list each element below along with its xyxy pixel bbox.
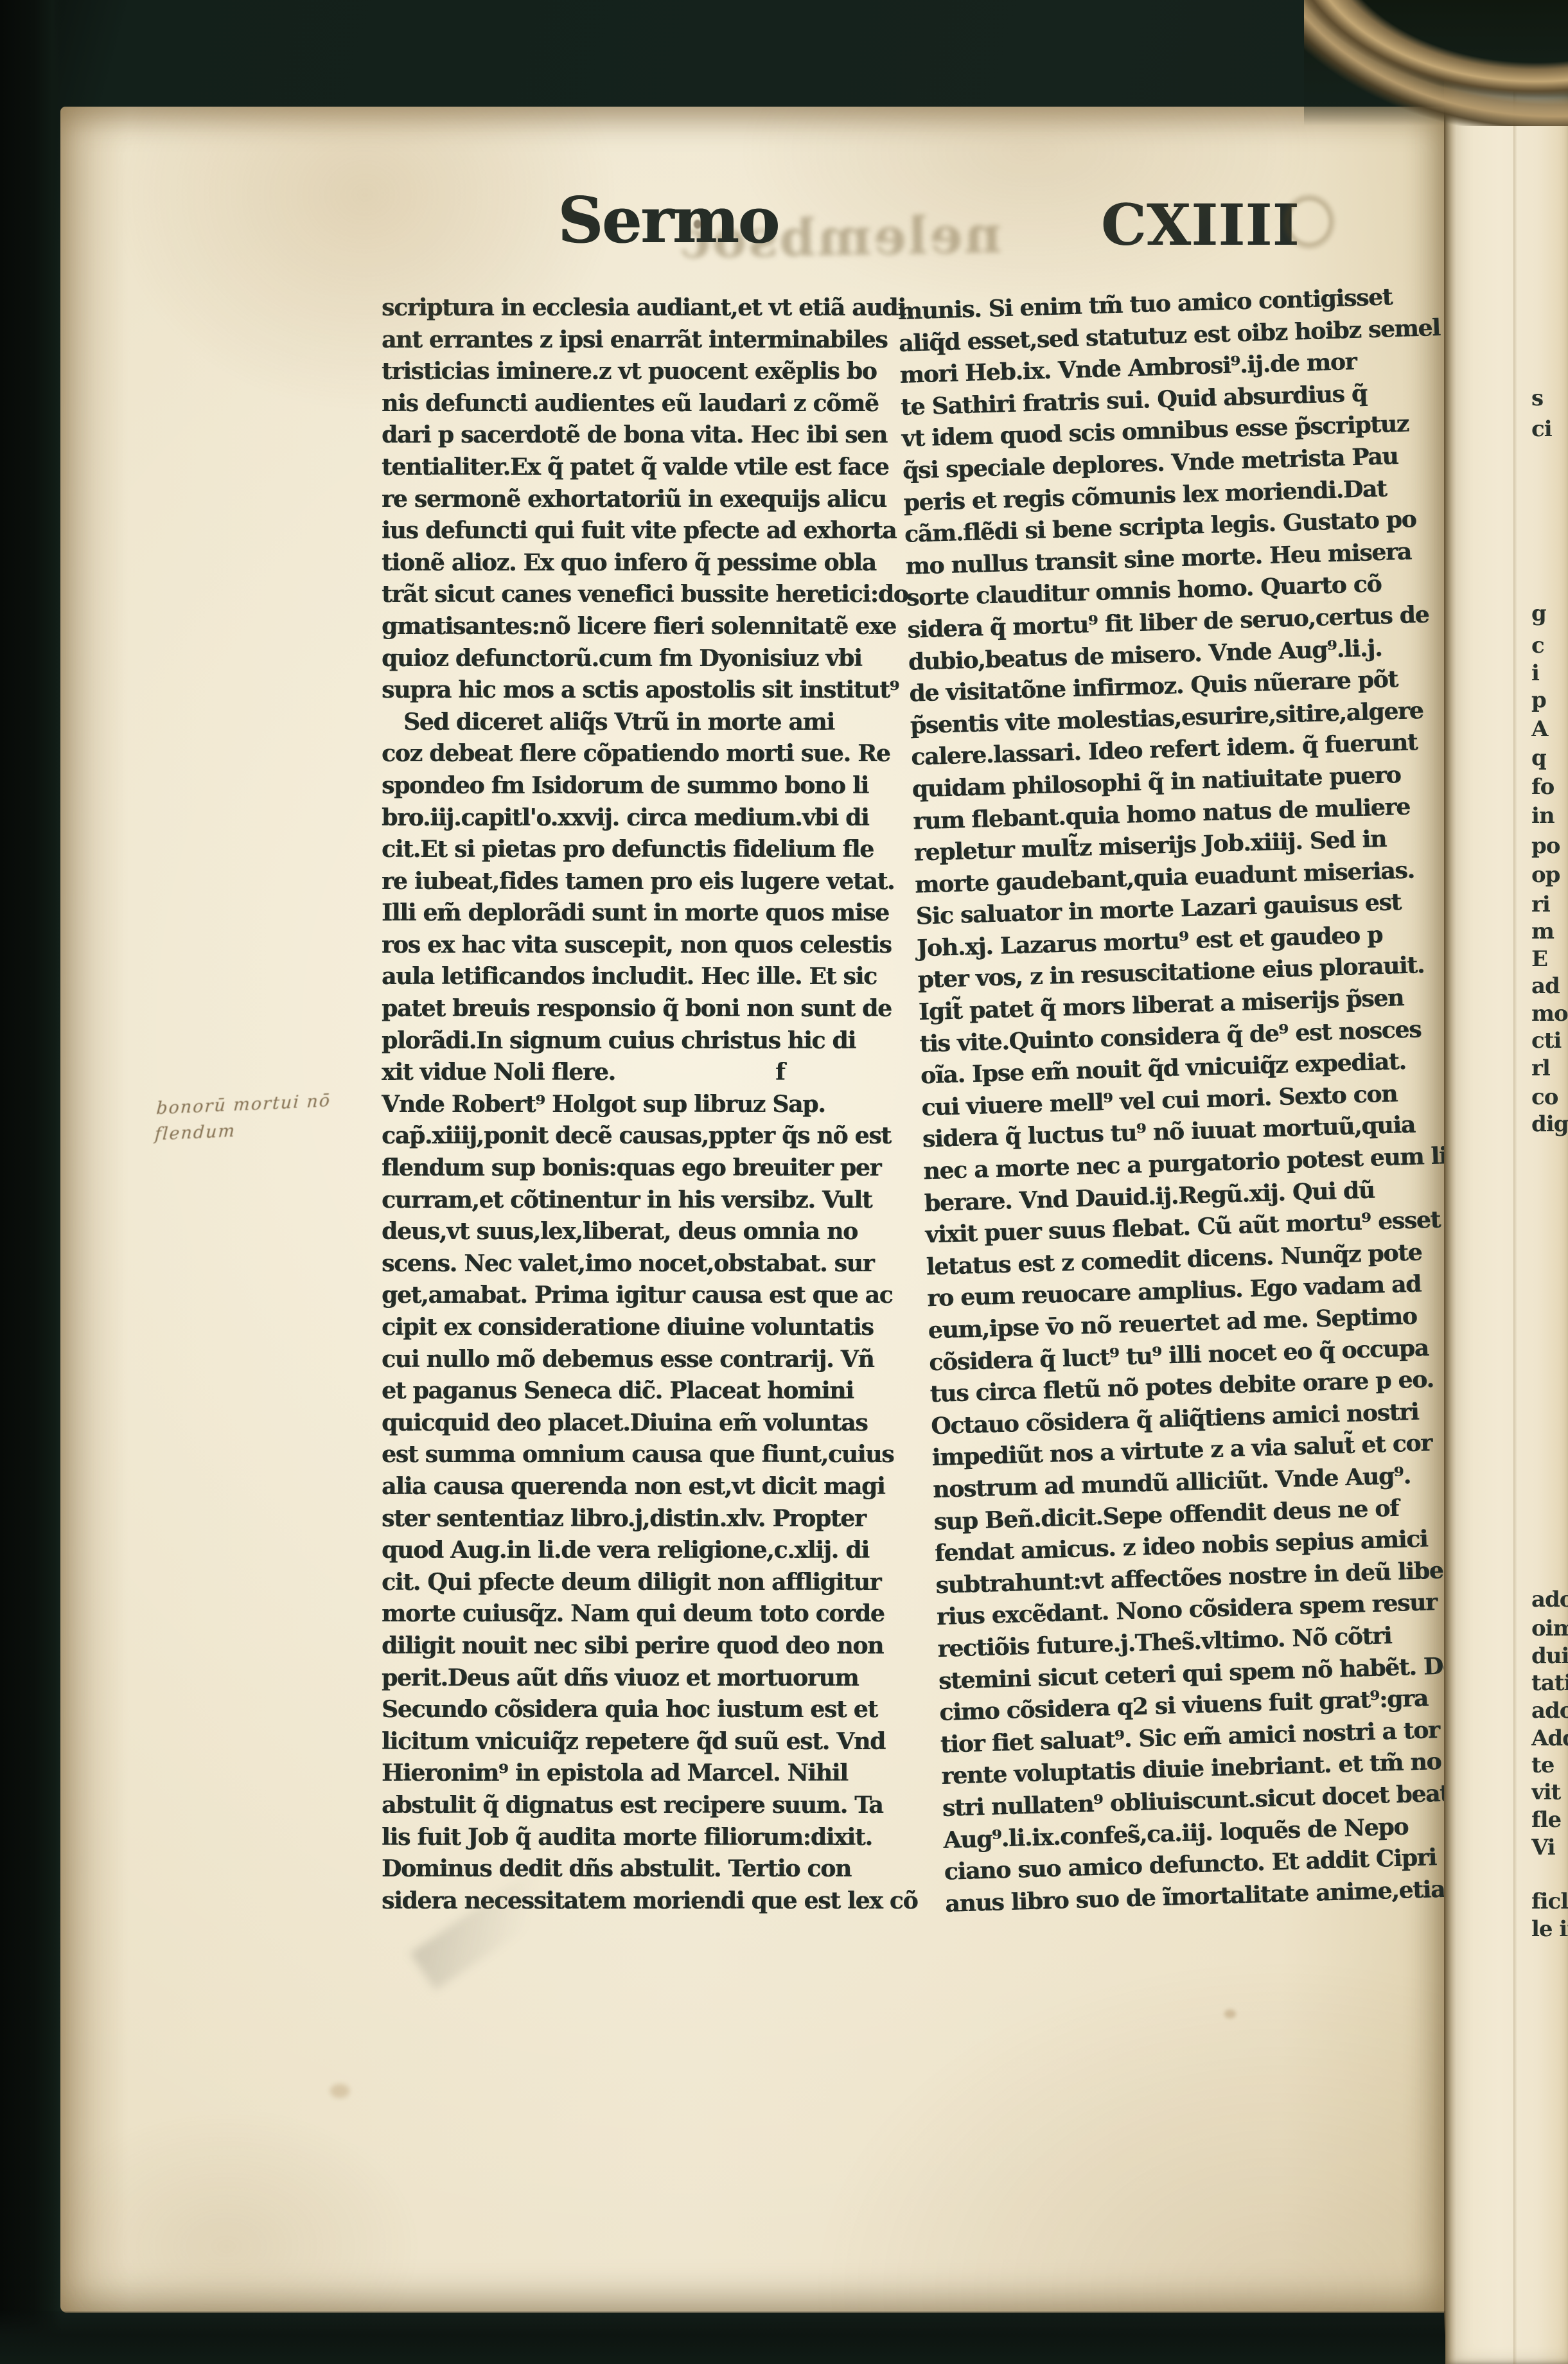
scanner-edge-shadow-bottom xyxy=(0,2311,1445,2364)
text-line: plorãdi.In signum cuius christus hic di xyxy=(382,1025,895,1057)
text-line: dari p sacerdotẽ de bona vita. Hec ibi s… xyxy=(382,419,895,452)
text-line: deus,vt suus,lex,liberat, deus omnia no xyxy=(382,1216,895,1248)
text-line: licitum vnicuiq̃z repetere q̃d suũ est. … xyxy=(382,1726,895,1758)
text-line: est summa omnium causa que fiunt,cuius xyxy=(382,1439,895,1471)
text-line: ros ex hac vita suscepit, non quos celes… xyxy=(382,930,895,962)
text-line: spondeo fm Isidorum de summo bono li xyxy=(382,770,895,802)
text-line: re sermonẽ exhortatoriũ in exequijs alic… xyxy=(382,484,895,516)
text-line: quod Aug.in li.de vera religione,c.xlij.… xyxy=(382,1535,895,1567)
handwritten-marginalia: bonorū mortui nō flendum xyxy=(154,1086,401,1148)
text-line: aula letificandos includit. Hec ille. Et… xyxy=(382,961,895,993)
scanner-edge-shadow xyxy=(0,0,62,2364)
cut-off-text-fragment: ado xyxy=(1531,1587,1568,1612)
text-line: trãt sicut canes venefici bussite hereti… xyxy=(382,579,895,611)
cut-off-text-fragment: p xyxy=(1531,687,1546,713)
cut-off-text-fragment: E xyxy=(1531,946,1547,972)
cut-off-text-fragment: s xyxy=(1531,385,1543,411)
cut-off-text-fragment: co xyxy=(1531,1084,1558,1110)
text-line: Hieronim⁹ in epistola ad Marcel. Nihil xyxy=(382,1758,895,1790)
text-line: Dominus dedit dñs abstulit. Tertio con xyxy=(382,1853,895,1885)
text-line: nis defuncti audientes eũ laudari z cõmẽ xyxy=(382,388,895,420)
cut-off-text-fragment: ado xyxy=(1531,1698,1568,1724)
text-line: diligit nouit nec sibi perire quod deo n… xyxy=(382,1630,895,1663)
cut-off-text-fragment: Vi xyxy=(1531,1835,1555,1860)
cut-off-text-fragment: cti xyxy=(1531,1028,1561,1054)
cut-off-text-fragment: rl xyxy=(1531,1055,1550,1081)
text-line: Vnde Robert⁹ Holgot sup libruz Sap. xyxy=(382,1089,895,1121)
text-line: patet breuis responsio q̃ boni non sunt … xyxy=(382,993,895,1025)
cut-off-text-fragment: g xyxy=(1531,601,1546,626)
cut-off-text-fragment: Add xyxy=(1531,1725,1568,1751)
cut-off-text-fragment: in xyxy=(1531,803,1555,829)
cut-off-text-fragment: dui xyxy=(1531,1643,1568,1669)
text-line: sidera necessitatem moriendi que est lex… xyxy=(382,1885,895,1918)
text-line: cap̃.xiiij,ponit decẽ causas,ppter q̃s n… xyxy=(382,1120,895,1152)
text-line: alia causa querenda non est,vt dicit mag… xyxy=(382,1471,895,1503)
text-line: quicquid deo placet.Diuina em̃ voluntas xyxy=(382,1407,895,1440)
text-line: scens. Nec valet,imo nocet,obstabat. sur xyxy=(382,1248,895,1280)
text-line: lis fuit Job q̃ audita morte filiorum:di… xyxy=(382,1822,895,1854)
cut-off-text-fragment: mo xyxy=(1531,1001,1568,1027)
text-line: cit. Qui pfecte deum diligit non affligi… xyxy=(382,1567,895,1599)
text-line: tentialiter.Ex q̃ patet q̃ valde vtile e… xyxy=(382,452,895,484)
foxing-spot xyxy=(330,2084,349,2098)
cut-off-text-fragment: ri xyxy=(1531,892,1550,917)
cut-off-text-fragment: c xyxy=(1531,633,1544,658)
text-line: tristicias iminere.z vt puocent exẽplis … xyxy=(382,356,895,388)
cut-off-text-fragment: q xyxy=(1531,745,1546,771)
cut-off-text-column: scigcipAqfoinpooprimEadmoctirlcodigadooi… xyxy=(1531,0,1568,2364)
cut-off-text-fragment: i xyxy=(1531,660,1539,686)
running-title: Sermo xyxy=(558,184,779,258)
ink-blot xyxy=(1278,189,1340,254)
cut-off-text-fragment: le in xyxy=(1531,1916,1568,1942)
cut-off-text-fragment: tati xyxy=(1531,1670,1568,1696)
cut-off-text-fragment: dig xyxy=(1531,1111,1568,1137)
text-line: quioz defunctorũ.cum fm Dyonisiuz vbi xyxy=(382,643,895,675)
cut-off-text-fragment: oim xyxy=(1531,1616,1568,1641)
text-line: Sed diceret aliq̃s Vtrũ in morte ami xyxy=(382,707,895,739)
text-line: morte cuiusq̃z. Nam qui deum toto corde xyxy=(382,1598,895,1630)
text-line: cit.Et si pietas pro defunctis fidelium … xyxy=(382,834,895,866)
cut-off-text-fragment: te xyxy=(1531,1752,1554,1778)
text-line: gmatisantes:nõ licere fieri solennitatẽ … xyxy=(382,611,895,643)
text-line: Illi em̃ deplorãdi sunt in morte quos mi… xyxy=(382,897,895,930)
text-line: get,amabat. Prima igitur causa est que a… xyxy=(382,1280,895,1312)
text-line: cui nullo mõ debemus esse contrarij. Vñ xyxy=(382,1344,895,1376)
book-page: nelembsoc Sermo CXIIII scriptura in eccl… xyxy=(60,107,1445,2313)
page-curl-top-right xyxy=(1304,0,1568,126)
folio-number: CXIIII xyxy=(1101,191,1299,258)
text-line: flendum sup bonis:quas ego breuiter per xyxy=(382,1152,895,1185)
text-line: re iubeat,fides tamen pro eis lugere vet… xyxy=(382,866,895,898)
cut-off-text-fragment: fo xyxy=(1531,774,1554,800)
cut-off-text-fragment: ad xyxy=(1531,973,1560,999)
cut-off-text-fragment: ficll xyxy=(1531,1889,1568,1914)
text-line: cipit ex consideratione diuine voluntati… xyxy=(382,1312,895,1344)
cut-off-text-fragment: fle xyxy=(1531,1807,1561,1833)
cut-off-text-fragment: ci xyxy=(1531,416,1552,442)
text-line: ant errantes z ipsi enarrãt interminabil… xyxy=(382,324,895,357)
foxing-spot xyxy=(694,220,701,229)
text-line: et paganus Seneca dic̃. Placeat homini xyxy=(382,1375,895,1407)
text-column-left: scriptura in ecclesia audiant,et vt etiã… xyxy=(382,292,895,1917)
text-line: tionẽ alioz. Ex quo infero q̃ pessime ob… xyxy=(382,547,895,579)
adjacent-page-edge: scigcipAqfoinpooprimEadmoctirlcodigadooi… xyxy=(1444,0,1568,2364)
text-line: supra hic mos a sctis apostolis sit inst… xyxy=(382,675,895,707)
text-line: ster sententiaz libro.j,distin.xlv. Prop… xyxy=(382,1503,895,1535)
foxing-spot xyxy=(1224,2009,1236,2018)
text-line: abstulit q̃ dignatus est recipere suum. … xyxy=(382,1790,895,1822)
cut-off-text-fragment: vit xyxy=(1531,1779,1560,1805)
text-line: coz debeat flere cõpatiendo morti sue. R… xyxy=(382,738,895,770)
text-line: curram,et cõtinentur in his versibz. Vul… xyxy=(382,1185,895,1217)
text-line: perit.Deus aũt dñs viuoz et mortuorum xyxy=(382,1663,895,1695)
cut-off-text-fragment: A xyxy=(1531,716,1547,742)
text-line: ius defuncti qui fuit vite pfecte ad exh… xyxy=(382,515,895,547)
cut-off-text-fragment: m xyxy=(1531,919,1554,944)
text-line: scriptura in ecclesia audiant,et vt etiã… xyxy=(382,292,895,324)
cut-off-text-fragment: po xyxy=(1531,833,1560,859)
text-line: bro.iij.capitl'o.xxvij. circa medium.vbi… xyxy=(382,802,895,834)
text-line: xit vidue Noli flere. f xyxy=(382,1057,895,1089)
text-line: Secundo cõsidera quia hoc iustum est et xyxy=(382,1694,895,1726)
cut-off-text-fragment: op xyxy=(1531,862,1560,888)
text-column-right: munis. Si enim tm̃ tuo amico contigisset… xyxy=(897,281,1472,1920)
